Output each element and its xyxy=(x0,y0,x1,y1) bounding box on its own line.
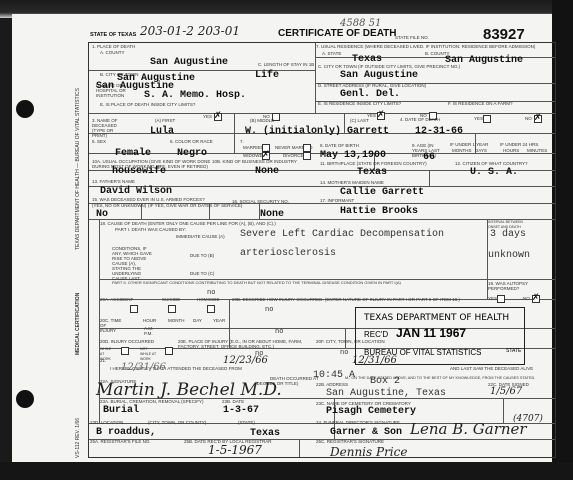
attended-to-value: 12/31/66 xyxy=(352,355,397,366)
day-label: Day xyxy=(193,318,202,323)
pod-stay-value: Life xyxy=(255,70,279,81)
burial-label: 23a. BURIAL, CREMATION, REMOVAL (Specify… xyxy=(100,399,203,404)
interval-a-value: 3 days xyxy=(490,229,526,240)
due-b-label: DUE TO (b) xyxy=(190,253,214,258)
location-value: B roaddus, xyxy=(96,427,156,438)
location-sub-label: (City, town, or county) xyxy=(148,420,206,425)
informant-label: 17. INFORMANT xyxy=(320,198,354,203)
marital-label: 7. xyxy=(240,139,244,144)
not-at-work-label: NOT WHILE AT WORK xyxy=(140,347,158,362)
document-title: CERTIFICATE OF DEATH xyxy=(278,28,397,39)
pod-county-label: a. COUNTY xyxy=(100,50,125,55)
homicide-label: HOMICIDE xyxy=(197,297,220,302)
burial-date-value: 1-3-67 xyxy=(223,405,259,416)
autopsy-yes-label: YES xyxy=(488,296,497,301)
time-of-injury-value: no xyxy=(275,327,283,338)
sex-label: 5. SEX xyxy=(92,139,106,144)
pod-inside-city-yes-checkbox[interactable] xyxy=(214,113,222,121)
minutes-label: Minutes xyxy=(527,148,547,153)
side-form-number: VS-112 REV. 1/66 xyxy=(75,418,81,458)
address-line1-value: Box 2 xyxy=(370,376,400,387)
father-label: 13. FATHER'S NAME xyxy=(92,179,135,184)
homicide-checkbox[interactable] xyxy=(207,305,215,313)
first-name-label: (a) First xyxy=(155,118,175,123)
accident-checkbox[interactable] xyxy=(130,305,138,313)
birth-label: 8. DATE OF BIRTH xyxy=(320,143,359,148)
mother-value: Callie Garrett xyxy=(340,187,424,198)
due-b-value: arteriosclerosis xyxy=(240,248,336,259)
burial-date-label: 23b. DATE xyxy=(222,399,244,404)
marital-married-label: Married xyxy=(243,145,264,150)
occupation-value: housewife xyxy=(112,166,166,177)
interval-b-value: unknown xyxy=(488,250,530,261)
business-label: 10b. KIND OF BUSINESS OR INDUSTRY xyxy=(212,159,297,164)
armed-value: No xyxy=(96,209,108,220)
certification-label: 21. xyxy=(100,358,106,363)
part1-label: PART I. DEATH WAS CAUSED BY: xyxy=(115,227,186,232)
sex-value: Female xyxy=(115,148,151,159)
race-value: Negro xyxy=(177,148,207,159)
res-farm-label: f. IS RESIDENCE ON A FARM? xyxy=(448,101,513,106)
death-date-label: 4. DATE OF DEATH xyxy=(400,117,440,122)
under24-label: IF UNDER 24 HRS. xyxy=(500,142,540,147)
describe-injury-label: 20b. DESCRIBE HOW INJURY OCCURRED. (Ente… xyxy=(232,297,460,302)
funeral-director-note: (4707) xyxy=(513,414,543,424)
res-state-label: a. STATE xyxy=(322,51,341,56)
pod-stay-label: c. LENGTH OF STAY IN 1b xyxy=(258,62,314,67)
race-label: 6. COLOR OR RACE xyxy=(170,139,213,144)
location-state-value: Texas xyxy=(250,428,280,439)
degree-label: (Degree or title) xyxy=(255,381,298,386)
residence-label: 7. USUAL RESIDENCE (Where deceased lived… xyxy=(316,44,535,49)
cause-label: 18. CAUSE OF DEATH (Enter only one cause… xyxy=(100,221,276,226)
citizen-value: U. S. A. xyxy=(470,167,518,178)
accident-label: 20a. ACCIDENT xyxy=(100,297,133,302)
place-of-death-label: 1. PLACE OF DEATH xyxy=(92,44,135,49)
month-label: Month xyxy=(168,318,185,323)
res-inside-city-label: e. IS RESIDENCE INSIDE CITY LIMITS? xyxy=(318,101,401,106)
res-farm-no-checkbox[interactable] xyxy=(534,115,542,123)
injury-city-value: no xyxy=(340,348,348,359)
side-department-text: TEXAS DEPARTMENT OF HEALTH — BUREAU OF V… xyxy=(75,88,81,250)
handwritten-code: 203-01-2 203-01 xyxy=(140,24,240,38)
suicide-label: SUICIDE xyxy=(162,297,180,302)
under1-label: IF UNDER 1 YEAR xyxy=(450,142,488,147)
scan-bottom-edge xyxy=(0,462,573,480)
business-value: None xyxy=(255,166,279,177)
armed-label: 15. WAS DECEASED EVER IN U.S. ARMED FORC… xyxy=(92,197,205,202)
first-name-value: Lula xyxy=(150,126,174,137)
cemetery-value: Pisagh Cemetery xyxy=(326,406,416,417)
ampm-label: a.m. p.m. xyxy=(144,326,154,336)
pod-hospital-value: S. A. Memo. Hosp. xyxy=(144,90,246,101)
address-label: 22b. ADDRESS xyxy=(316,382,348,387)
father-value: David Wilson xyxy=(100,186,172,197)
ssn-value: None xyxy=(260,209,284,220)
days-label: Days xyxy=(475,148,487,153)
autopsy-label: 19. WAS AUTOPSY PERFORMED? xyxy=(488,281,530,291)
part2-label: PART II. OTHER SIGNIFICANT CONDITIONS CO… xyxy=(112,280,401,285)
location-label: 23d. LOCATION xyxy=(90,420,123,425)
registrar-signature-label: 25c. REGISTRAR'S SIGNATURE xyxy=(316,439,384,444)
suicide-checkbox[interactable] xyxy=(168,305,176,313)
stamp-department: TEXAS DEPARTMENT OF HEALTH xyxy=(364,313,509,323)
marital-never-checkbox[interactable] xyxy=(303,144,311,152)
pod-county-value: San Augustine xyxy=(150,57,228,68)
pod-yes-label: YES xyxy=(203,114,212,119)
registrar-signature: Dennis Price xyxy=(330,445,407,459)
res-city-label: c. CITY OR TOWN (If outside city limits,… xyxy=(318,64,460,69)
last-saw-text: and last saw the deceased alive xyxy=(450,366,533,371)
res-city-value: San Augustine xyxy=(340,70,418,81)
stamp-date: JAN 11 1967 xyxy=(396,326,466,340)
physician-signature: Martin J. Bechel M.D. xyxy=(96,380,282,400)
date-signed-value: 1/5/67 xyxy=(490,386,522,397)
armed-sub2-label: (If yes, give war or dates of service) xyxy=(148,203,242,208)
ssn-label: 16. SOCIAL SECURITY NO. xyxy=(232,199,289,204)
side-medical-text: MEDICAL CERTIFICATION xyxy=(75,293,81,355)
birth-value: May 13,1900 xyxy=(320,150,386,161)
attended-from-value: 12/23/66 xyxy=(223,355,268,366)
res-farm-yes-checkbox[interactable] xyxy=(483,115,491,123)
due-c-label: DUE TO (c) xyxy=(190,271,214,276)
pod-inside-city-label: e. IS PLACE OF DEATH INSIDE CITY LIMITS? xyxy=(100,102,195,107)
year-label: Year xyxy=(213,318,225,323)
autopsy-yes-checkbox[interactable] xyxy=(497,295,505,303)
registrar-date-value: 1-5-1967 xyxy=(208,443,262,457)
registrar-file-label: 25a. REGISTRAR'S FILE NO. xyxy=(90,439,151,444)
state-file-label: STATE FILE NO. xyxy=(395,35,429,40)
middle-last-name-value: W. (initialonly) Garrett xyxy=(245,126,389,137)
res-street-value: Genl. Del. xyxy=(340,89,400,100)
stamp-state-label: STATE xyxy=(506,348,521,354)
last-name-label: (c) Last xyxy=(350,118,369,123)
injury-occurred-label: 20d. INJURY OCCURRED xyxy=(100,339,154,344)
immediate-cause-label: IMMEDIATE CAUSE (a) xyxy=(176,234,225,239)
birthplace-value: Texas xyxy=(357,167,387,178)
address-value: San Augustine, Texas xyxy=(326,388,446,399)
punch-hole-bottom xyxy=(16,390,34,408)
not-at-work-checkbox[interactable] xyxy=(165,347,173,355)
hours-label: Hours xyxy=(503,148,519,153)
attended-to-value-overlap: 12/31/66 xyxy=(121,362,166,373)
autopsy-no-checkbox[interactable] xyxy=(532,295,540,303)
place-of-injury-label: 20e. PLACE OF INJURY (e.g., in or about … xyxy=(178,339,308,349)
res-farm-no-label: NO xyxy=(525,116,532,121)
margin-note: 4588 51 xyxy=(340,18,381,29)
describe-injury-value: no xyxy=(265,305,273,316)
while-at-work-checkbox[interactable] xyxy=(121,347,129,355)
months-label: Months xyxy=(452,148,472,153)
res-street-label: d. STREET ADDRESS (If rural, give locati… xyxy=(318,83,426,88)
conditions-label: Conditions, if any, which gave rise to a… xyxy=(112,246,152,281)
immediate-cause-value: Severe Left Cardiac Decompensation xyxy=(240,229,444,240)
middle-name-label: (b) Middle xyxy=(250,118,274,123)
armed-sub1-label: (Yes, no or unknown) xyxy=(92,203,146,208)
res-farm-yes-label: YES xyxy=(474,116,483,121)
stamp-recd-label: REC'D xyxy=(364,330,388,339)
time-of-injury-label: 20c. TIME OF INJURY xyxy=(100,318,122,333)
hour-label: Hour xyxy=(143,318,156,323)
name-label: 3. NAME OF DECEASED (Type or print) xyxy=(92,118,122,138)
location-state-sub-label: (State) xyxy=(238,420,255,425)
funeral-director-label: 24. FUNERAL DIRECTOR'S SIGNATURE xyxy=(316,420,400,425)
autopsy-no-label: NO xyxy=(523,296,530,301)
state-file-number: 83927 xyxy=(483,29,525,40)
funeral-director-value: Garner & Son xyxy=(330,427,402,438)
death-date-value: 12-31-66 xyxy=(415,126,463,137)
burial-value: Burial xyxy=(103,405,139,416)
res-inside-city-yes-checkbox[interactable] xyxy=(377,112,385,120)
informant-value: Hattie Brooks xyxy=(340,206,418,217)
citizen-label: 12. CITIZEN OF WHAT COUNTRY? xyxy=(455,161,528,166)
funeral-director-signature: Lena B. Garner xyxy=(410,420,527,438)
marital-divorced-checkbox[interactable] xyxy=(303,152,311,160)
punch-hole-top xyxy=(16,100,34,118)
mother-label: 14. MOTHER'S MAIDEN NAME xyxy=(320,180,384,185)
birthplace-label: 11. BIRTHPLACE (State or foreign country… xyxy=(320,161,427,166)
state-label: STATE OF TEXAS xyxy=(90,32,136,38)
